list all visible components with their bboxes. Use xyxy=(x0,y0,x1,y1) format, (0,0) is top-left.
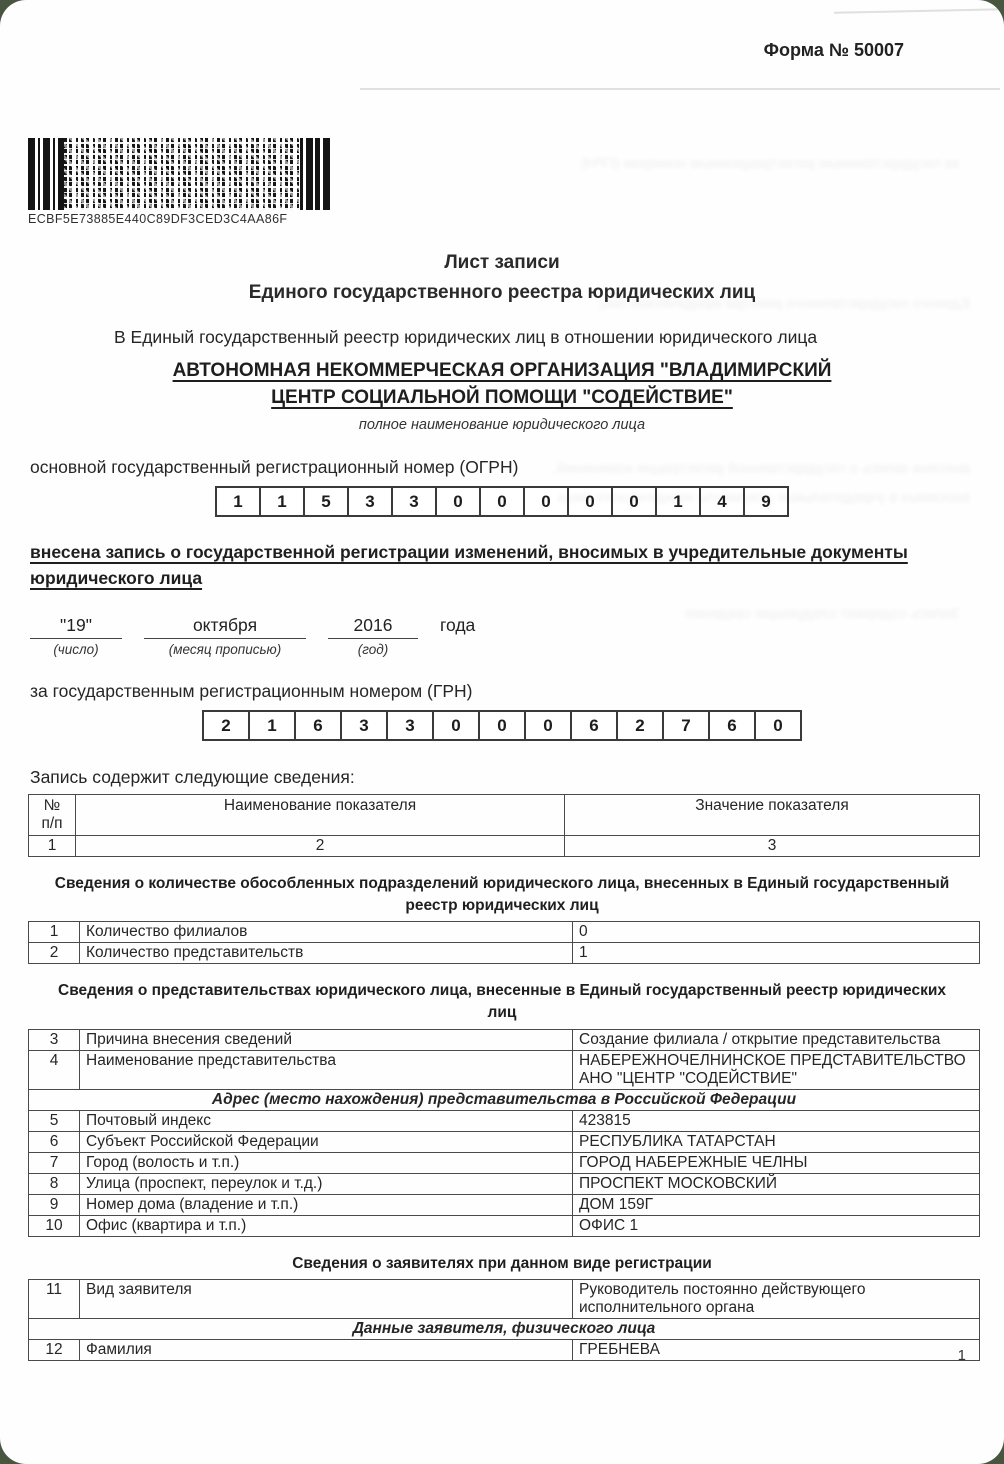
organization-name-line-1: АВТОНОМНАЯ НЕКОММЕРЧЕСКАЯ ОРГАНИЗАЦИЯ "В… xyxy=(0,357,1004,384)
grn-digit: 2 xyxy=(204,712,248,739)
section-title-applicants: Сведения о заявителях при данном виде ре… xyxy=(52,1253,952,1275)
record-table-header: № п/п Наименование показателя Значение п… xyxy=(28,794,980,857)
grn-digit: 2 xyxy=(616,712,662,739)
row-number: 7 xyxy=(29,1152,80,1173)
record-contents-intro: Запись содержит следующие сведения: xyxy=(30,767,976,788)
row-value: 1 xyxy=(573,943,980,964)
row-value: ОФИС 1 xyxy=(573,1215,980,1236)
barcode-data-pattern xyxy=(64,138,300,210)
row-value: ПРОСПЕКТ МОСКОВСКИЙ xyxy=(573,1173,980,1194)
section-title-representative-offices: Сведения о представительствах юридическо… xyxy=(52,980,952,1023)
title-line-1: Лист записи xyxy=(0,248,1004,278)
table-row: 11 Вид заявителя Руководитель постоянно … xyxy=(29,1280,980,1319)
table-row: 5 Почтовый индекс 423815 xyxy=(29,1110,980,1131)
table-row: 1 Количество филиалов 0 xyxy=(29,922,980,943)
grn-digit: 0 xyxy=(754,712,800,739)
row-name: Причина внесения сведений xyxy=(80,1029,573,1050)
date-year: 2016 xyxy=(328,615,418,639)
ogrn-digit-boxes: 1 1 5 3 3 0 0 0 0 0 1 4 9 xyxy=(215,486,789,517)
row-number: 5 xyxy=(29,1110,80,1131)
organization-name-line-2: ЦЕНТР СОЦИАЛЬНОЙ ПОМОЩИ "СОДЕЙСТВИЕ" xyxy=(0,384,1004,411)
grn-digit: 3 xyxy=(386,712,432,739)
registration-statement: внесена запись о государственной регистр… xyxy=(30,539,910,591)
ogrn-digit: 3 xyxy=(391,488,435,515)
table-row: 9 Номер дома (владение и т.п.) ДОМ 159Г xyxy=(29,1194,980,1215)
applicant-subsection-header: Данные заявителя, физического лица xyxy=(29,1319,980,1340)
section-table-representative-offices: 3 Причина внесения сведений Создание фил… xyxy=(28,1029,980,1237)
address-subsection-header-row: Адрес (место нахождения) представительст… xyxy=(29,1089,980,1110)
ogrn-digit: 3 xyxy=(347,488,391,515)
grn-digit: 0 xyxy=(524,712,570,739)
grn-digit: 0 xyxy=(432,712,478,739)
row-name: Количество филиалов xyxy=(80,922,573,943)
column-number-cell: 2 xyxy=(76,836,565,857)
grn-digit: 7 xyxy=(662,712,708,739)
table-row: 10 Офис (квартира и т.п.) ОФИС 1 xyxy=(29,1215,980,1236)
ogrn-label: основной государственный регистрационный… xyxy=(30,457,976,478)
grn-digit: 6 xyxy=(570,712,616,739)
column-header-number-line1: № xyxy=(33,797,71,815)
section-table-applicants: 11 Вид заявителя Руководитель постоянно … xyxy=(28,1279,980,1361)
ogrn-digit: 0 xyxy=(479,488,523,515)
ogrn-digit: 1 xyxy=(259,488,303,515)
row-name: Наименование представительства xyxy=(80,1050,573,1089)
header-row: ECBF5E73885E440C89DF3CED3C4AA86F Форма №… xyxy=(28,0,1004,234)
row-number: 3 xyxy=(29,1029,80,1050)
document-page: за государственным регистрационным номер… xyxy=(0,0,1004,1464)
date-day: "19" xyxy=(30,615,122,639)
intro-paragraph: В Единый государственный реестр юридичес… xyxy=(30,324,976,351)
row-value: Создание филиала / открытие представител… xyxy=(573,1029,980,1050)
section-table-branches-count: 1 Количество филиалов 0 2 Количество пре… xyxy=(28,921,980,964)
row-number: 8 xyxy=(29,1173,80,1194)
grn-digit: 3 xyxy=(340,712,386,739)
barcode-image xyxy=(28,138,330,210)
date-month-label: (месяц прописью) xyxy=(169,642,281,657)
row-name: Количество представительств xyxy=(80,943,573,964)
row-name: Почтовый индекс xyxy=(80,1110,573,1131)
row-value: Руководитель постоянно действующего испо… xyxy=(573,1280,980,1319)
grn-digit: 6 xyxy=(294,712,340,739)
row-number: 9 xyxy=(29,1194,80,1215)
row-name: Город (волость и т.п.) xyxy=(80,1152,573,1173)
column-header-number-line2: п/п xyxy=(33,815,71,833)
row-value: ГОРОД НАБЕРЕЖНЫЕ ЧЕЛНЫ xyxy=(573,1152,980,1173)
organization-name: АВТОНОМНАЯ НЕКОММЕРЧЕСКАЯ ОРГАНИЗАЦИЯ "В… xyxy=(0,357,1004,411)
row-number: 1 xyxy=(29,922,80,943)
applicant-subsection-header-row: Данные заявителя, физического лица xyxy=(29,1319,980,1340)
table-row: 8 Улица (проспект, переулок и т.д.) ПРОС… xyxy=(29,1173,980,1194)
date-year-suffix: года xyxy=(440,615,475,636)
registration-date: "19" (число) октября (месяц прописью) 20… xyxy=(30,615,976,657)
row-name: Улица (проспект, переулок и т.д.) xyxy=(80,1173,573,1194)
grn-digit: 6 xyxy=(708,712,754,739)
ogrn-digit: 0 xyxy=(435,488,479,515)
row-name: Субъект Российской Федерации xyxy=(80,1131,573,1152)
ogrn-digit: 0 xyxy=(567,488,611,515)
ogrn-digit: 0 xyxy=(611,488,655,515)
row-name: Офис (квартира и т.п.) xyxy=(80,1215,573,1236)
table-row: 3 Причина внесения сведений Создание фил… xyxy=(29,1029,980,1050)
grn-label: за государственным регистрационным номер… xyxy=(30,681,976,702)
row-number: 2 xyxy=(29,943,80,964)
title-line-2: Единого государственного реестра юридиче… xyxy=(0,278,1004,308)
column-header-name: Наименование показателя xyxy=(76,795,565,836)
table-row: 12 Фамилия ГРЕБНЕВА xyxy=(29,1340,980,1361)
table-row: 7 Город (волость и т.п.) ГОРОД НАБЕРЕЖНЫ… xyxy=(29,1152,980,1173)
barcode-stop-pattern xyxy=(300,138,330,210)
page-number: 1 xyxy=(958,1347,966,1364)
ogrn-digit: 4 xyxy=(699,488,743,515)
row-number: 12 xyxy=(29,1340,80,1361)
row-name: Фамилия xyxy=(80,1340,573,1361)
row-number: 11 xyxy=(29,1280,80,1319)
row-value: ДОМ 159Г xyxy=(573,1194,980,1215)
row-value: 0 xyxy=(573,922,980,943)
document-title: Лист записи Единого государственного рее… xyxy=(0,248,1004,308)
date-day-label: (число) xyxy=(53,642,98,657)
barcode-start-pattern xyxy=(28,138,64,210)
column-number-cell: 3 xyxy=(565,836,980,857)
ogrn-digit: 5 xyxy=(303,488,347,515)
row-number: 10 xyxy=(29,1215,80,1236)
row-value: ГРЕБНЕВА xyxy=(573,1340,980,1361)
row-number: 4 xyxy=(29,1050,80,1089)
ogrn-digit: 1 xyxy=(217,488,259,515)
row-value: НАБЕРЕЖНОЧЕЛНИНСКОЕ ПРЕДСТАВИТЕЛЬСТВО АН… xyxy=(573,1050,980,1089)
section-title-branches-count: Сведения о количестве обособленных подра… xyxy=(52,873,952,916)
grn-digit: 0 xyxy=(478,712,524,739)
address-subsection-header: Адрес (место нахождения) представительст… xyxy=(29,1089,980,1110)
table-row: 2 Количество представительств 1 xyxy=(29,943,980,964)
date-month: октября xyxy=(144,615,306,639)
table-row: 4 Наименование представительства НАБЕРЕЖ… xyxy=(29,1050,980,1089)
grn-digit-boxes: 2 1 6 3 3 0 0 0 6 2 7 6 0 xyxy=(202,710,802,741)
column-header-value: Значение показателя xyxy=(565,795,980,836)
date-year-label: (год) xyxy=(358,642,388,657)
ogrn-digit: 1 xyxy=(655,488,699,515)
row-name: Номер дома (владение и т.п.) xyxy=(80,1194,573,1215)
column-header-number: № п/п xyxy=(29,795,76,836)
table-row: 6 Субъект Российской Федерации РЕСПУБЛИК… xyxy=(29,1131,980,1152)
row-value: РЕСПУБЛИКА ТАТАРСТАН xyxy=(573,1131,980,1152)
row-value: 423815 xyxy=(573,1110,980,1131)
grn-digit: 1 xyxy=(248,712,294,739)
barcode-caption: ECBF5E73885E440C89DF3CED3C4AA86F xyxy=(28,212,1004,226)
organization-name-caption: полное наименование юридического лица xyxy=(0,417,1004,433)
row-number: 6 xyxy=(29,1131,80,1152)
form-number: Форма № 50007 xyxy=(764,40,904,61)
ogrn-digit: 0 xyxy=(523,488,567,515)
ogrn-digit: 9 xyxy=(743,488,787,515)
row-name: Вид заявителя xyxy=(80,1280,573,1319)
column-number-cell: 1 xyxy=(29,836,76,857)
